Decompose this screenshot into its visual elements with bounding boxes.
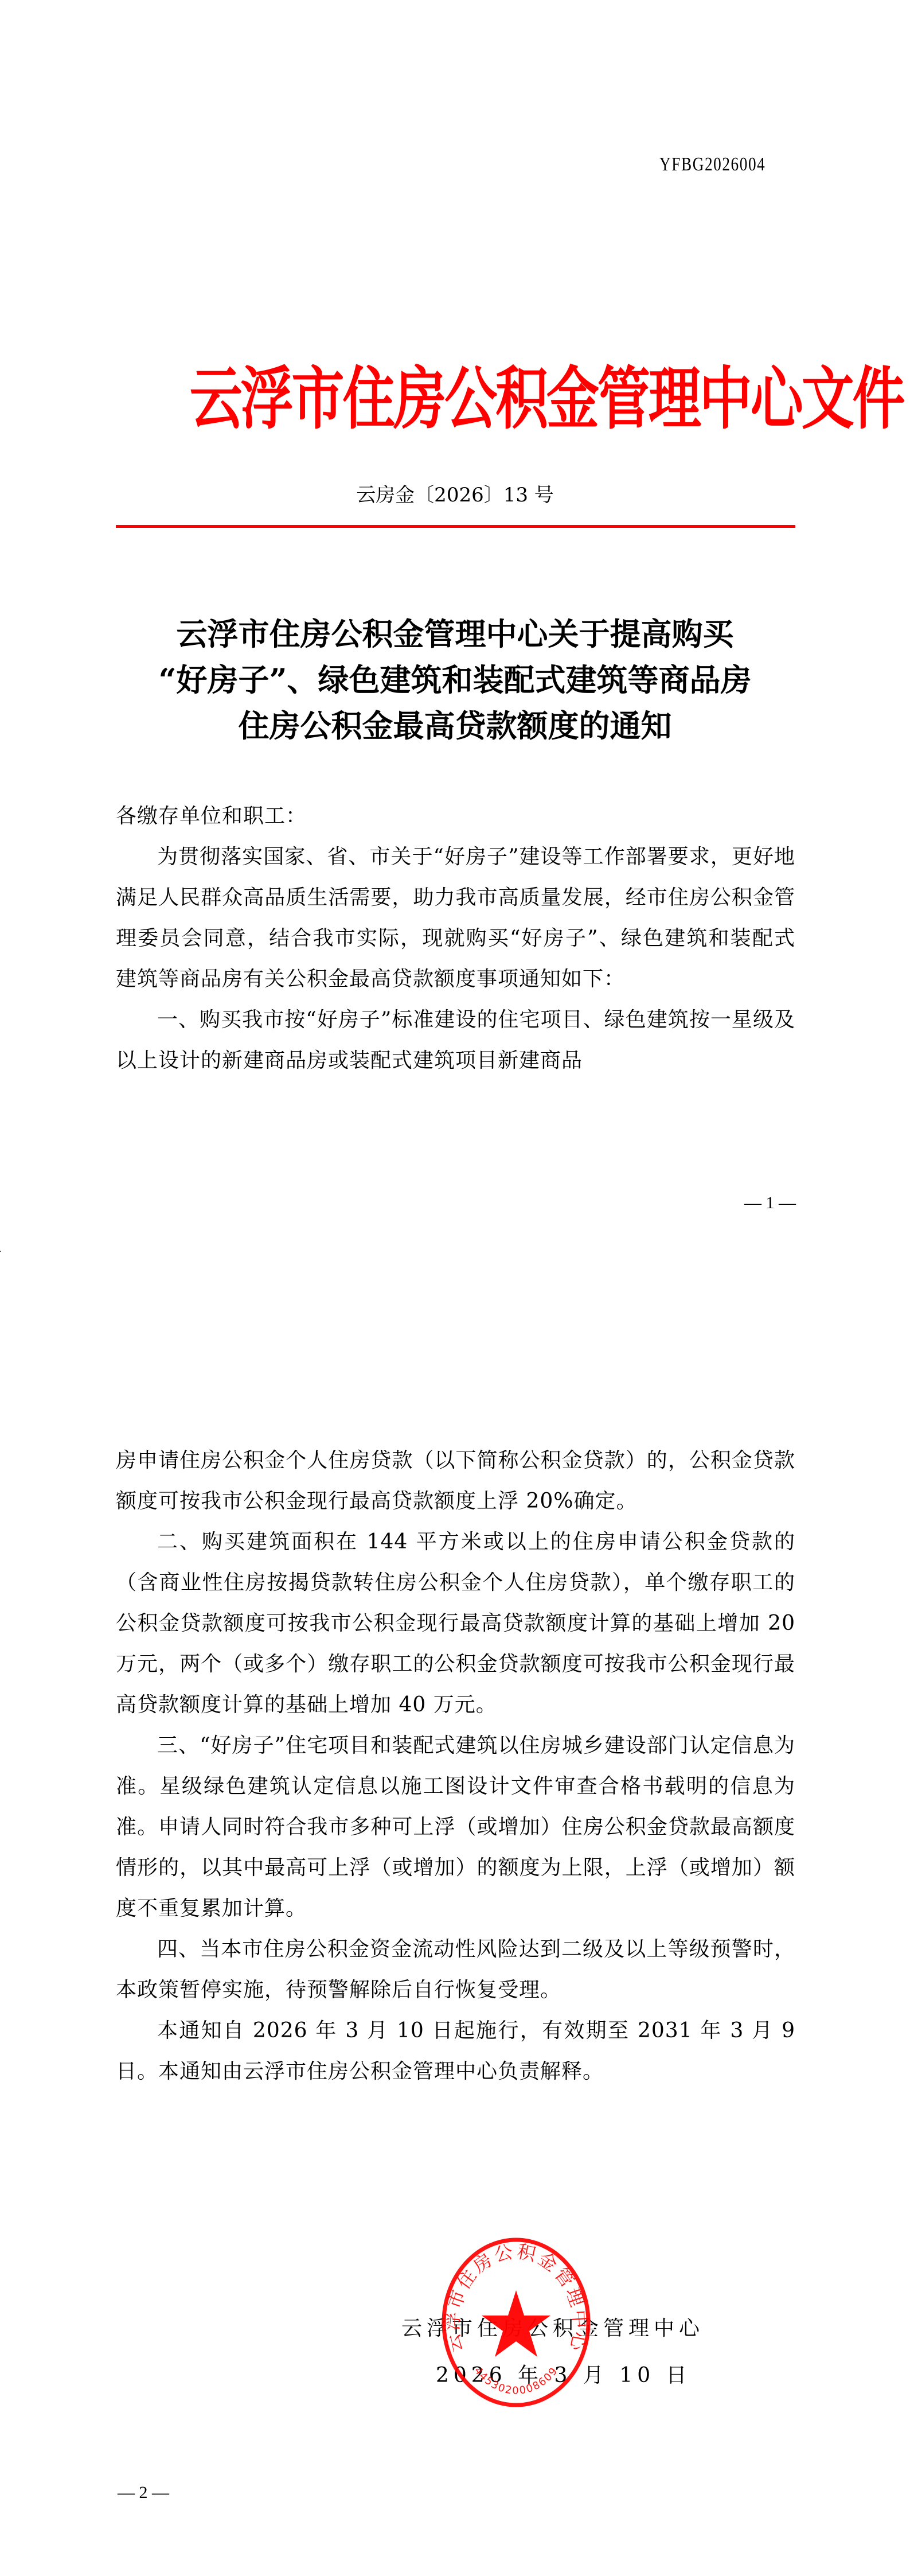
page-break-marker (0, 1251, 1, 1252)
signature-organization: 云浮市住房公积金管理中心 (401, 2312, 704, 2341)
salutation: 各缴存单位和职工： (116, 796, 795, 836)
red-header-title: 云浮市住房公积金管理中心文件 (190, 344, 721, 442)
item-1-paragraph-part1: 一、购买我市按“好房子”标准建设的住宅项目、绿色建筑按一星级及以上设计的新建商品… (116, 999, 795, 1081)
signature-date: 2026 年 3 月 10 日 (436, 2359, 692, 2388)
document-code: YFBG2026004 (659, 154, 766, 176)
item-3-paragraph: 三、“好房子”住宅项目和装配式建筑以住房城乡建设部门认定信息为准。星级绿色建筑认… (116, 1725, 795, 1929)
item-4-paragraph: 四、当本市住房公积金资金流动性风险达到二级及以上等级预警时，本政策暂停实施，待预… (116, 1929, 795, 2010)
red-divider-line (116, 525, 795, 528)
page-number-1: — 1 — (744, 1193, 796, 1213)
file-number: 云房金〔2026〕13 号 (115, 479, 795, 507)
notice-title: 云浮市住房公积金管理中心关于提高购买 “好房子”、绿色建筑和装配式建筑等商品房 … (115, 611, 795, 749)
effective-date-paragraph: 本通知自 2026 年 3 月 10 日起施行，有效期至 2031 年 3 月 … (116, 2010, 795, 2092)
page-number-2: — 2 — (118, 2483, 169, 2503)
page2-body: 房申请住房公积金个人住房贷款（以下简称公积金贷款）的，公积金贷款额度可按我市公积… (116, 1440, 795, 2092)
item-1-paragraph-part2: 房申请住房公积金个人住房贷款（以下简称公积金贷款）的，公积金贷款额度可按我市公积… (116, 1440, 795, 1522)
intro-paragraph: 为贯彻落实国家、省、市关于“好房子”建设等工作部署要求，更好地满足人民群众高品质… (116, 836, 795, 999)
page1-body: 各缴存单位和职工： 为贯彻落实国家、省、市关于“好房子”建设等工作部署要求，更好… (116, 796, 795, 1081)
item-2-paragraph: 二、购买建筑面积在 144 平方米或以上的住房申请公积金贷款的（含商业性住房按揭… (116, 1522, 795, 1725)
